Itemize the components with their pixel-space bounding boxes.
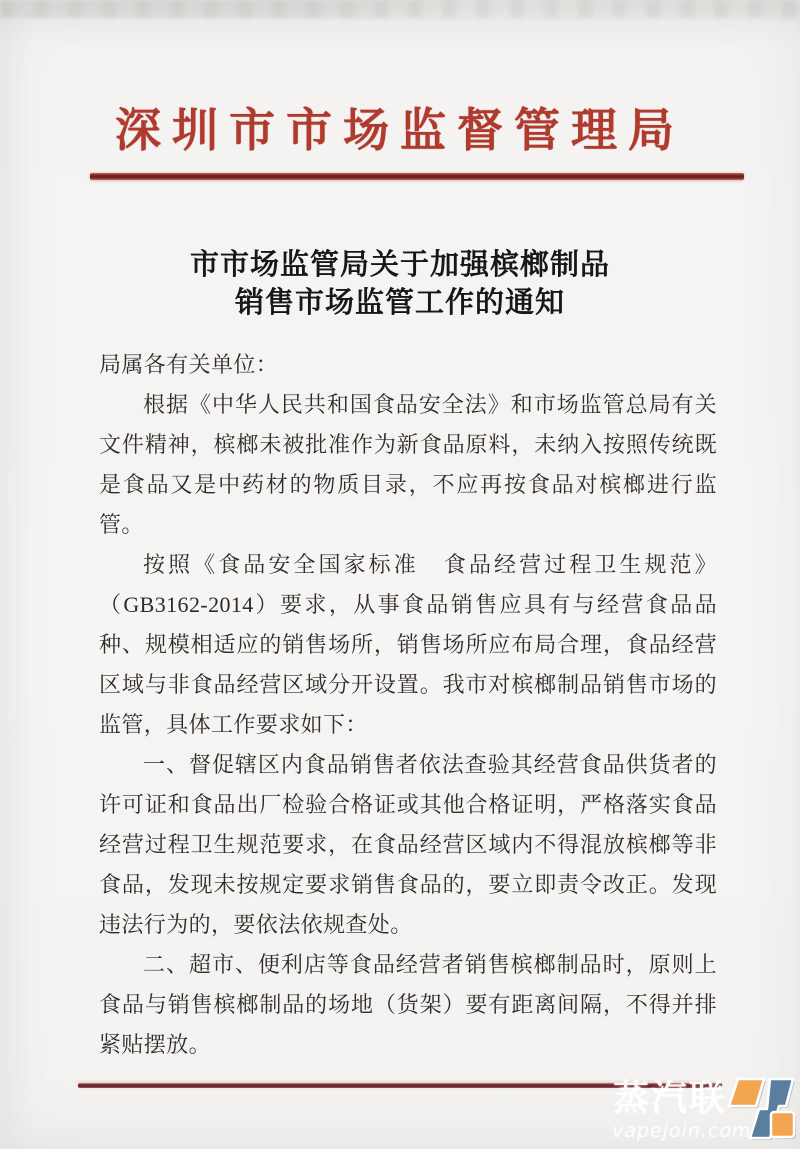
letterhead-red-rule <box>90 173 744 180</box>
body-paragraph: 一、督促辖区内食品销售者依法查验其经营食品供货者的许可证和食品出厂检验合格证或其… <box>99 745 717 945</box>
salutation-line: 局属各有关单位： <box>99 345 717 385</box>
scanned-notice-page: 深圳市市场监督管理局 市市场监管局关于加强槟榔制品 销售市场监管工作的通知 局属… <box>0 0 800 1149</box>
vapejoin-z-logo-icon <box>724 1076 796 1144</box>
vapejoin-watermark: 蒸汽联 vapejoin.com <box>608 1074 800 1149</box>
body-paragraph: 按照《食品安全国家标准 食品经营过程卫生规范》（GB3162-2014）要求，从… <box>99 545 717 745</box>
watermark-brand-text: 蒸汽联 <box>613 1080 725 1116</box>
document-body: 局属各有关单位： 根据《中华人民共和国食品安全法》和市场监管总局有关文件精神，槟… <box>99 345 717 1065</box>
body-paragraph: 根据《中华人民共和国食品安全法》和市场监管总局有关文件精神，槟榔未被批准作为新食… <box>99 385 717 545</box>
body-paragraph: 二、超市、便利店等食品经营者销售槟榔制品时，原则上食品与销售槟榔制品的场地（货架… <box>99 945 717 1065</box>
document-title: 市市场监管局关于加强槟榔制品 销售市场监管工作的通知 <box>0 246 800 322</box>
scan-artifact-strip <box>0 0 800 18</box>
letterhead-agency-title: 深圳市市场监督管理局 <box>0 104 800 158</box>
document-title-line2: 销售市场监管工作的通知 <box>0 284 800 322</box>
document-title-line1: 市市场监管局关于加强槟榔制品 <box>0 246 800 284</box>
watermark-domain-text: vapejoin.com <box>612 1120 730 1142</box>
